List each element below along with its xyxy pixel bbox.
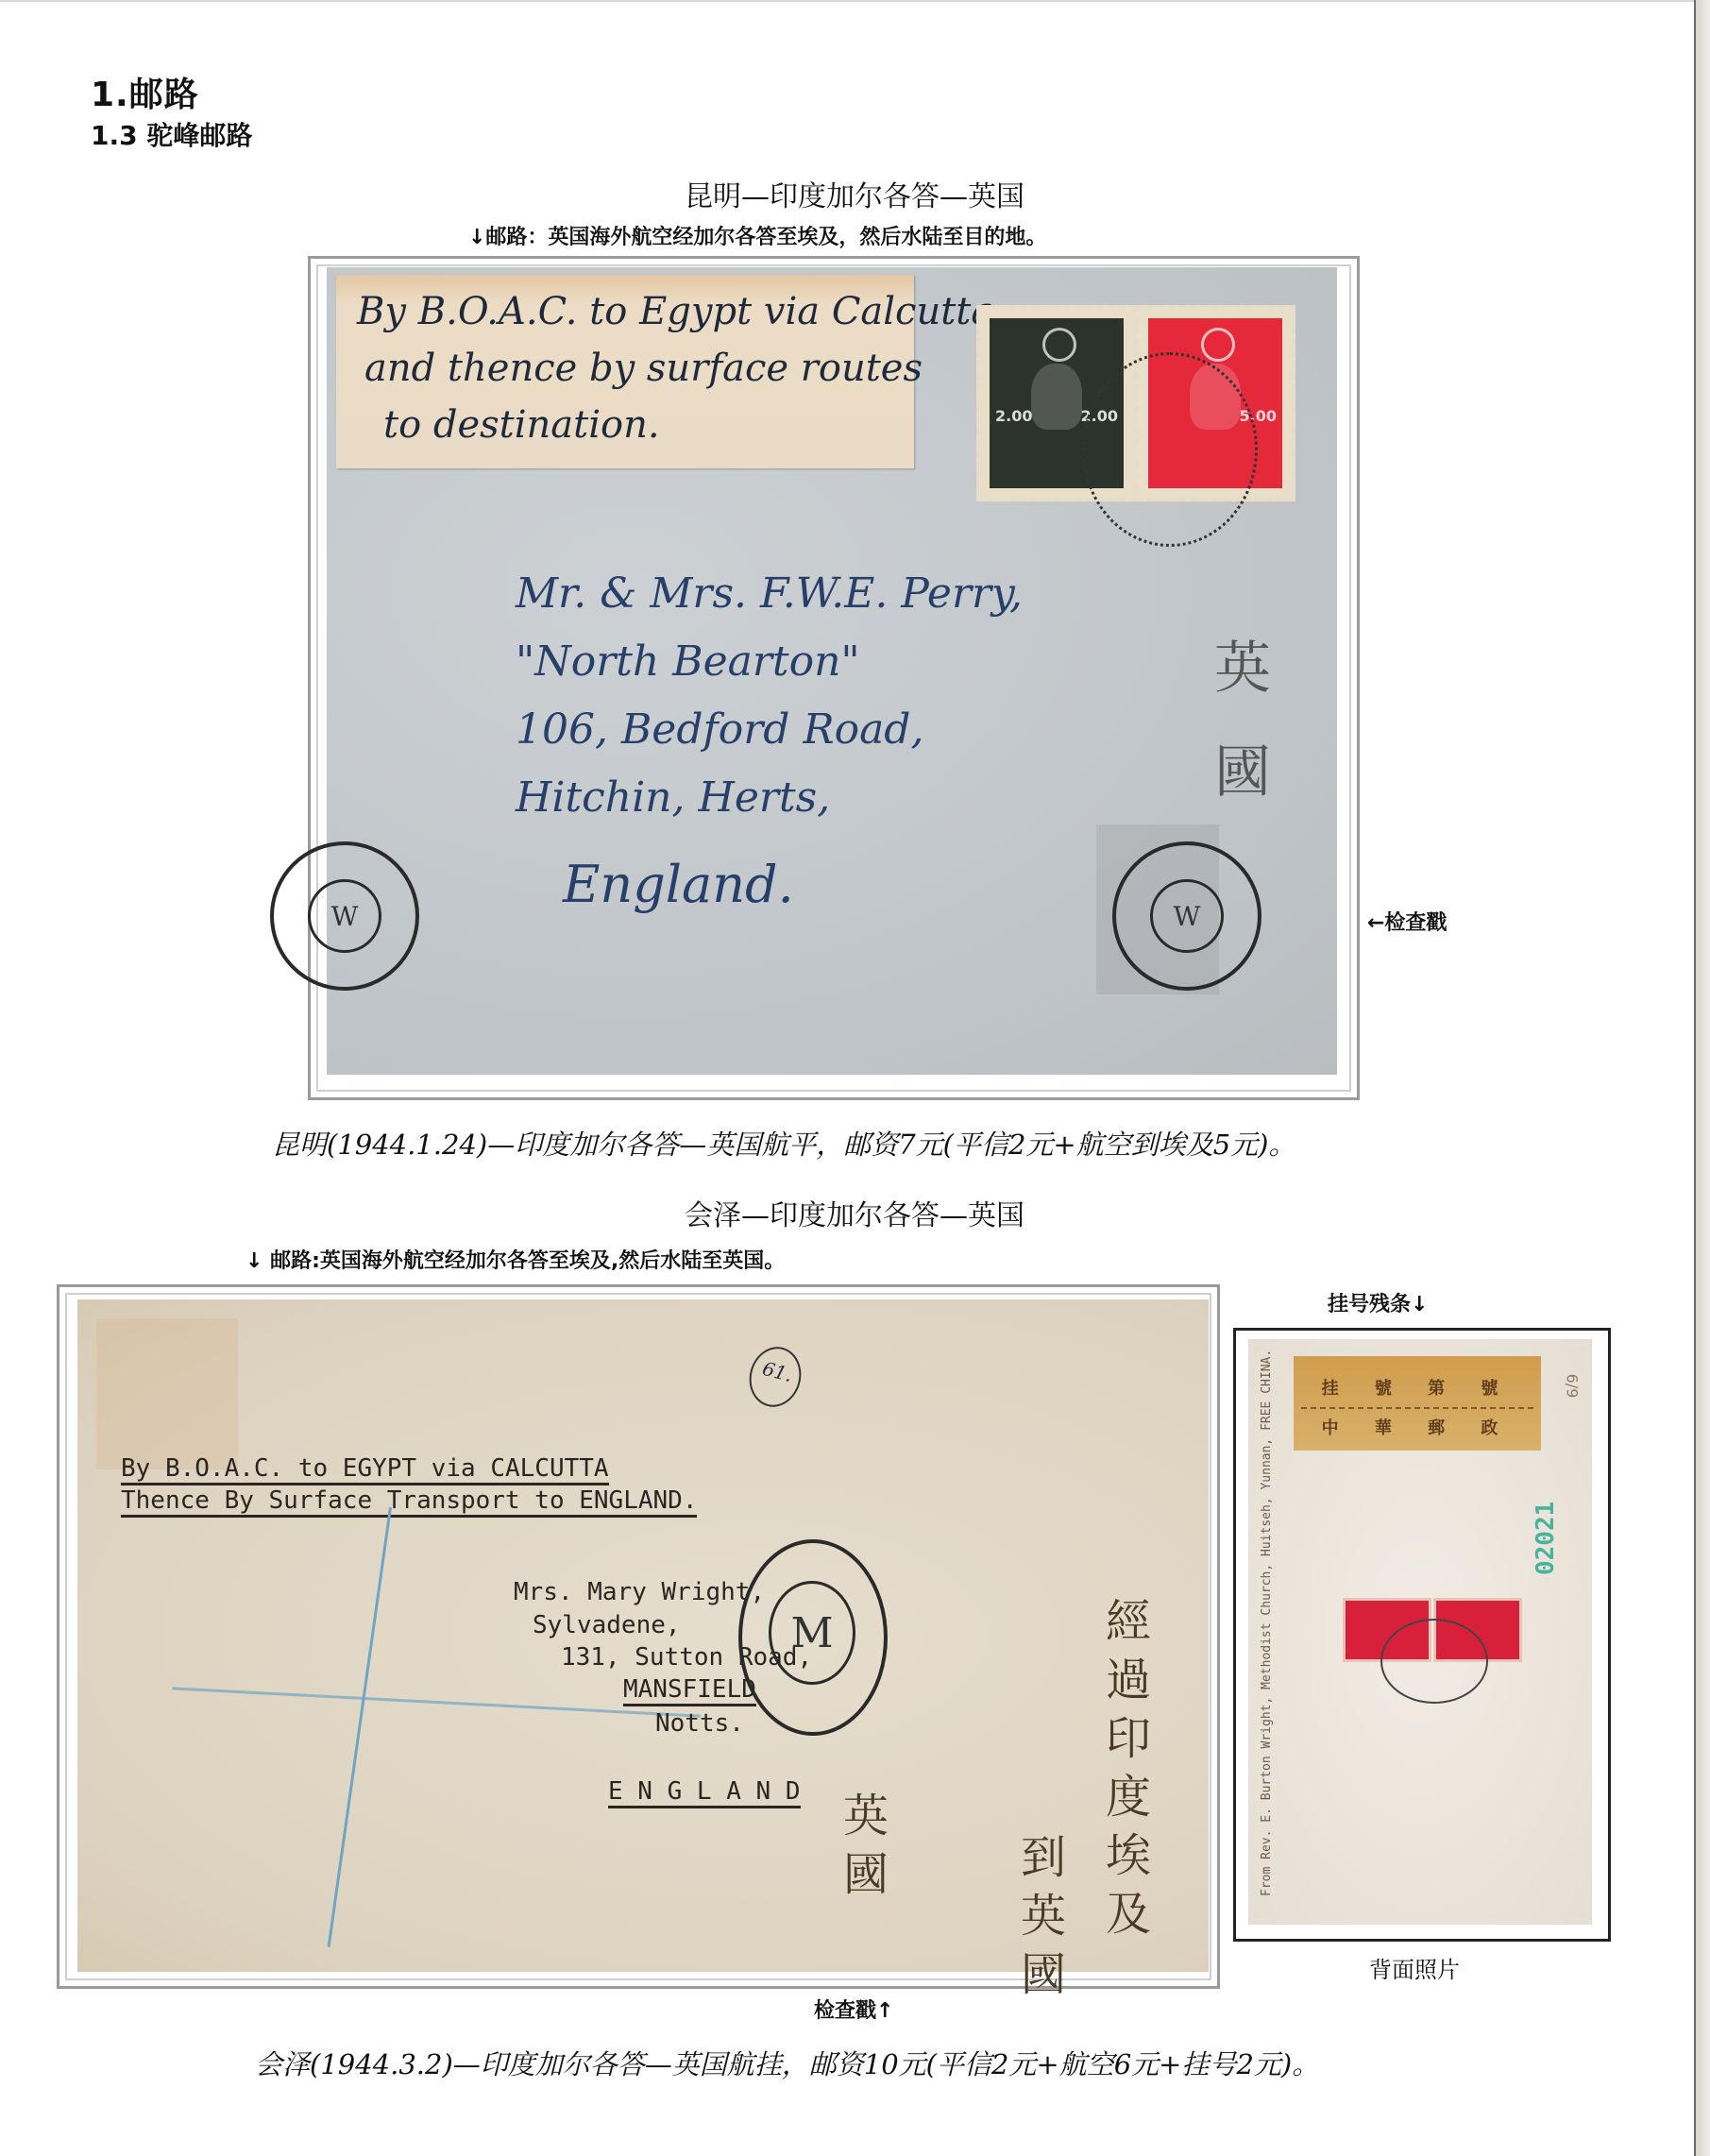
cover2-caption: 会泽(1944.3.2)—印度加尔各答—英国航挂，邮资10元(平信2元+航空6元… [255,2044,1319,2082]
cover2-chinese-col-1: 英國 [840,1787,891,1904]
cover1-address-line-2: "North Bearton" [516,628,860,696]
censor-letter: W [1174,901,1201,932]
censor-mark-left: W [270,841,419,991]
stain [96,1318,238,1469]
cover2-address-line-1: Mrs. Mary Wright, [514,1578,765,1606]
blue-crayon-line [328,1507,392,1947]
sun-emblem-icon [1201,328,1235,362]
sender-address: From Rev. E. Burton Wright, Methodist Ch… [1260,1350,1274,1896]
cover2-censor-note: 检查戳↑ [814,1995,893,2024]
portrait-icon [1031,364,1082,430]
cover1-routing-label: By B.O.A.C. to Egypt via Calcutta and th… [336,275,914,468]
cover1-route-note: ↓邮路：英国海外航空经加尔各答至埃及，然后水陆至目的地。 [468,221,1046,250]
cover1-address-line-5: England. [563,851,794,919]
blue-crayon-line [172,1687,700,1717]
page-edge-top [0,0,1694,2]
registration-number: 02021 [1532,1502,1560,1575]
cover1-label-line-2: and thence by surface routes [364,341,923,396]
cover2-envelope: 61. By B.O.A.C. to EGYPT via CALCUTTA Th… [77,1299,1209,1972]
cover1-chinese-destination: 英國 [1205,617,1280,824]
cover2-address-line-4: MANSFIELD [623,1675,756,1706]
cover2-country: E N G L A N D [608,1777,801,1808]
cover2-address-line-2: Sylvadene, [533,1611,681,1639]
corner-mark: 6/9 [1563,1374,1581,1399]
page-heading: 1.邮路 [91,68,199,116]
cover2-chinese-col-3: 經過印度埃及 [1103,1592,1154,1944]
cover1-envelope: By B.O.A.C. to Egypt via Calcutta and th… [327,267,1337,1075]
page-strip-right [1696,0,1710,2156]
censor-letter: W [331,901,359,932]
cover1-censor-note: ←检查戳 [1367,907,1447,936]
cover2-typed-line-2: Thence By Surface Transport to ENGLAND. [121,1486,697,1518]
cover2-title: 会泽—印度加尔各答—英国 [430,1192,1279,1233]
cover2-chinese-col-2: 到英國 [1018,1828,1069,2004]
cover1-label-line-3: to destination. [383,398,660,452]
cover2-address-line-5: Notts. [655,1709,744,1738]
cover1-title: 昆明—印度加尔各答—英国 [430,173,1279,214]
back-envelope: 挂 號 第 號 中 華 郵 政 6/9 From Rev. E. Burton … [1248,1339,1592,1925]
registration-note: 挂号残条↓ [1328,1288,1428,1317]
cover1-caption: 昆明(1944.1.24)—印度加尔各答—英国航平，邮资7元(平信2元+航空到埃… [272,1124,1296,1163]
censor-letter: M [790,1609,833,1657]
cover1-address-line-4: Hitchin, Herts, [516,764,830,832]
cover1-address-line-1: Mr. & Mrs. F.W.E. Perry, [516,560,1023,628]
stamp-value: 2.00 [995,407,1032,425]
cover2-typed-line-1: By B.O.A.C. to EGYPT via CALCUTTA [121,1454,609,1485]
page-subheading: 1.3 驼峰邮路 [91,115,252,153]
sun-emblem-icon [1042,328,1076,362]
cover1-address-line-3: 106, Bedford Road, [516,696,923,764]
cover1-label-line-1: By B.O.A.C. to Egypt via Calcutta [357,284,993,339]
back-caption: 背面照片 [1369,1951,1460,1984]
cover2-route-note: ↓ 邮路:英国海外航空经加尔各答至埃及,然后水陆至英国。 [245,1245,785,1274]
censor-mark: M [738,1539,888,1736]
registration-label: 挂 號 第 號 中 華 郵 政 [1294,1356,1541,1451]
back-postmark [1380,1619,1488,1704]
kunming-postmark [1082,352,1258,547]
censor-mark-right: W [1112,841,1261,991]
circled-number: 61. [743,1341,808,1413]
